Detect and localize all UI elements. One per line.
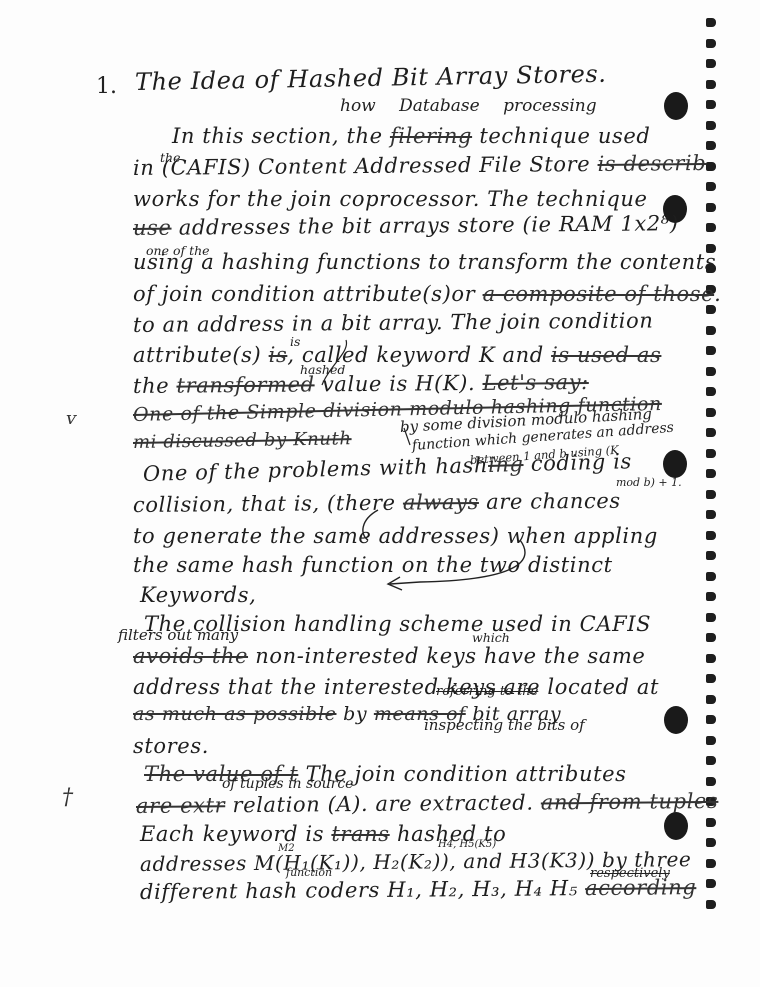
notebook-page: 1. The Idea of Hashed Bit Array Stores. … [0, 0, 760, 987]
edit-arrow [0, 0, 760, 987]
